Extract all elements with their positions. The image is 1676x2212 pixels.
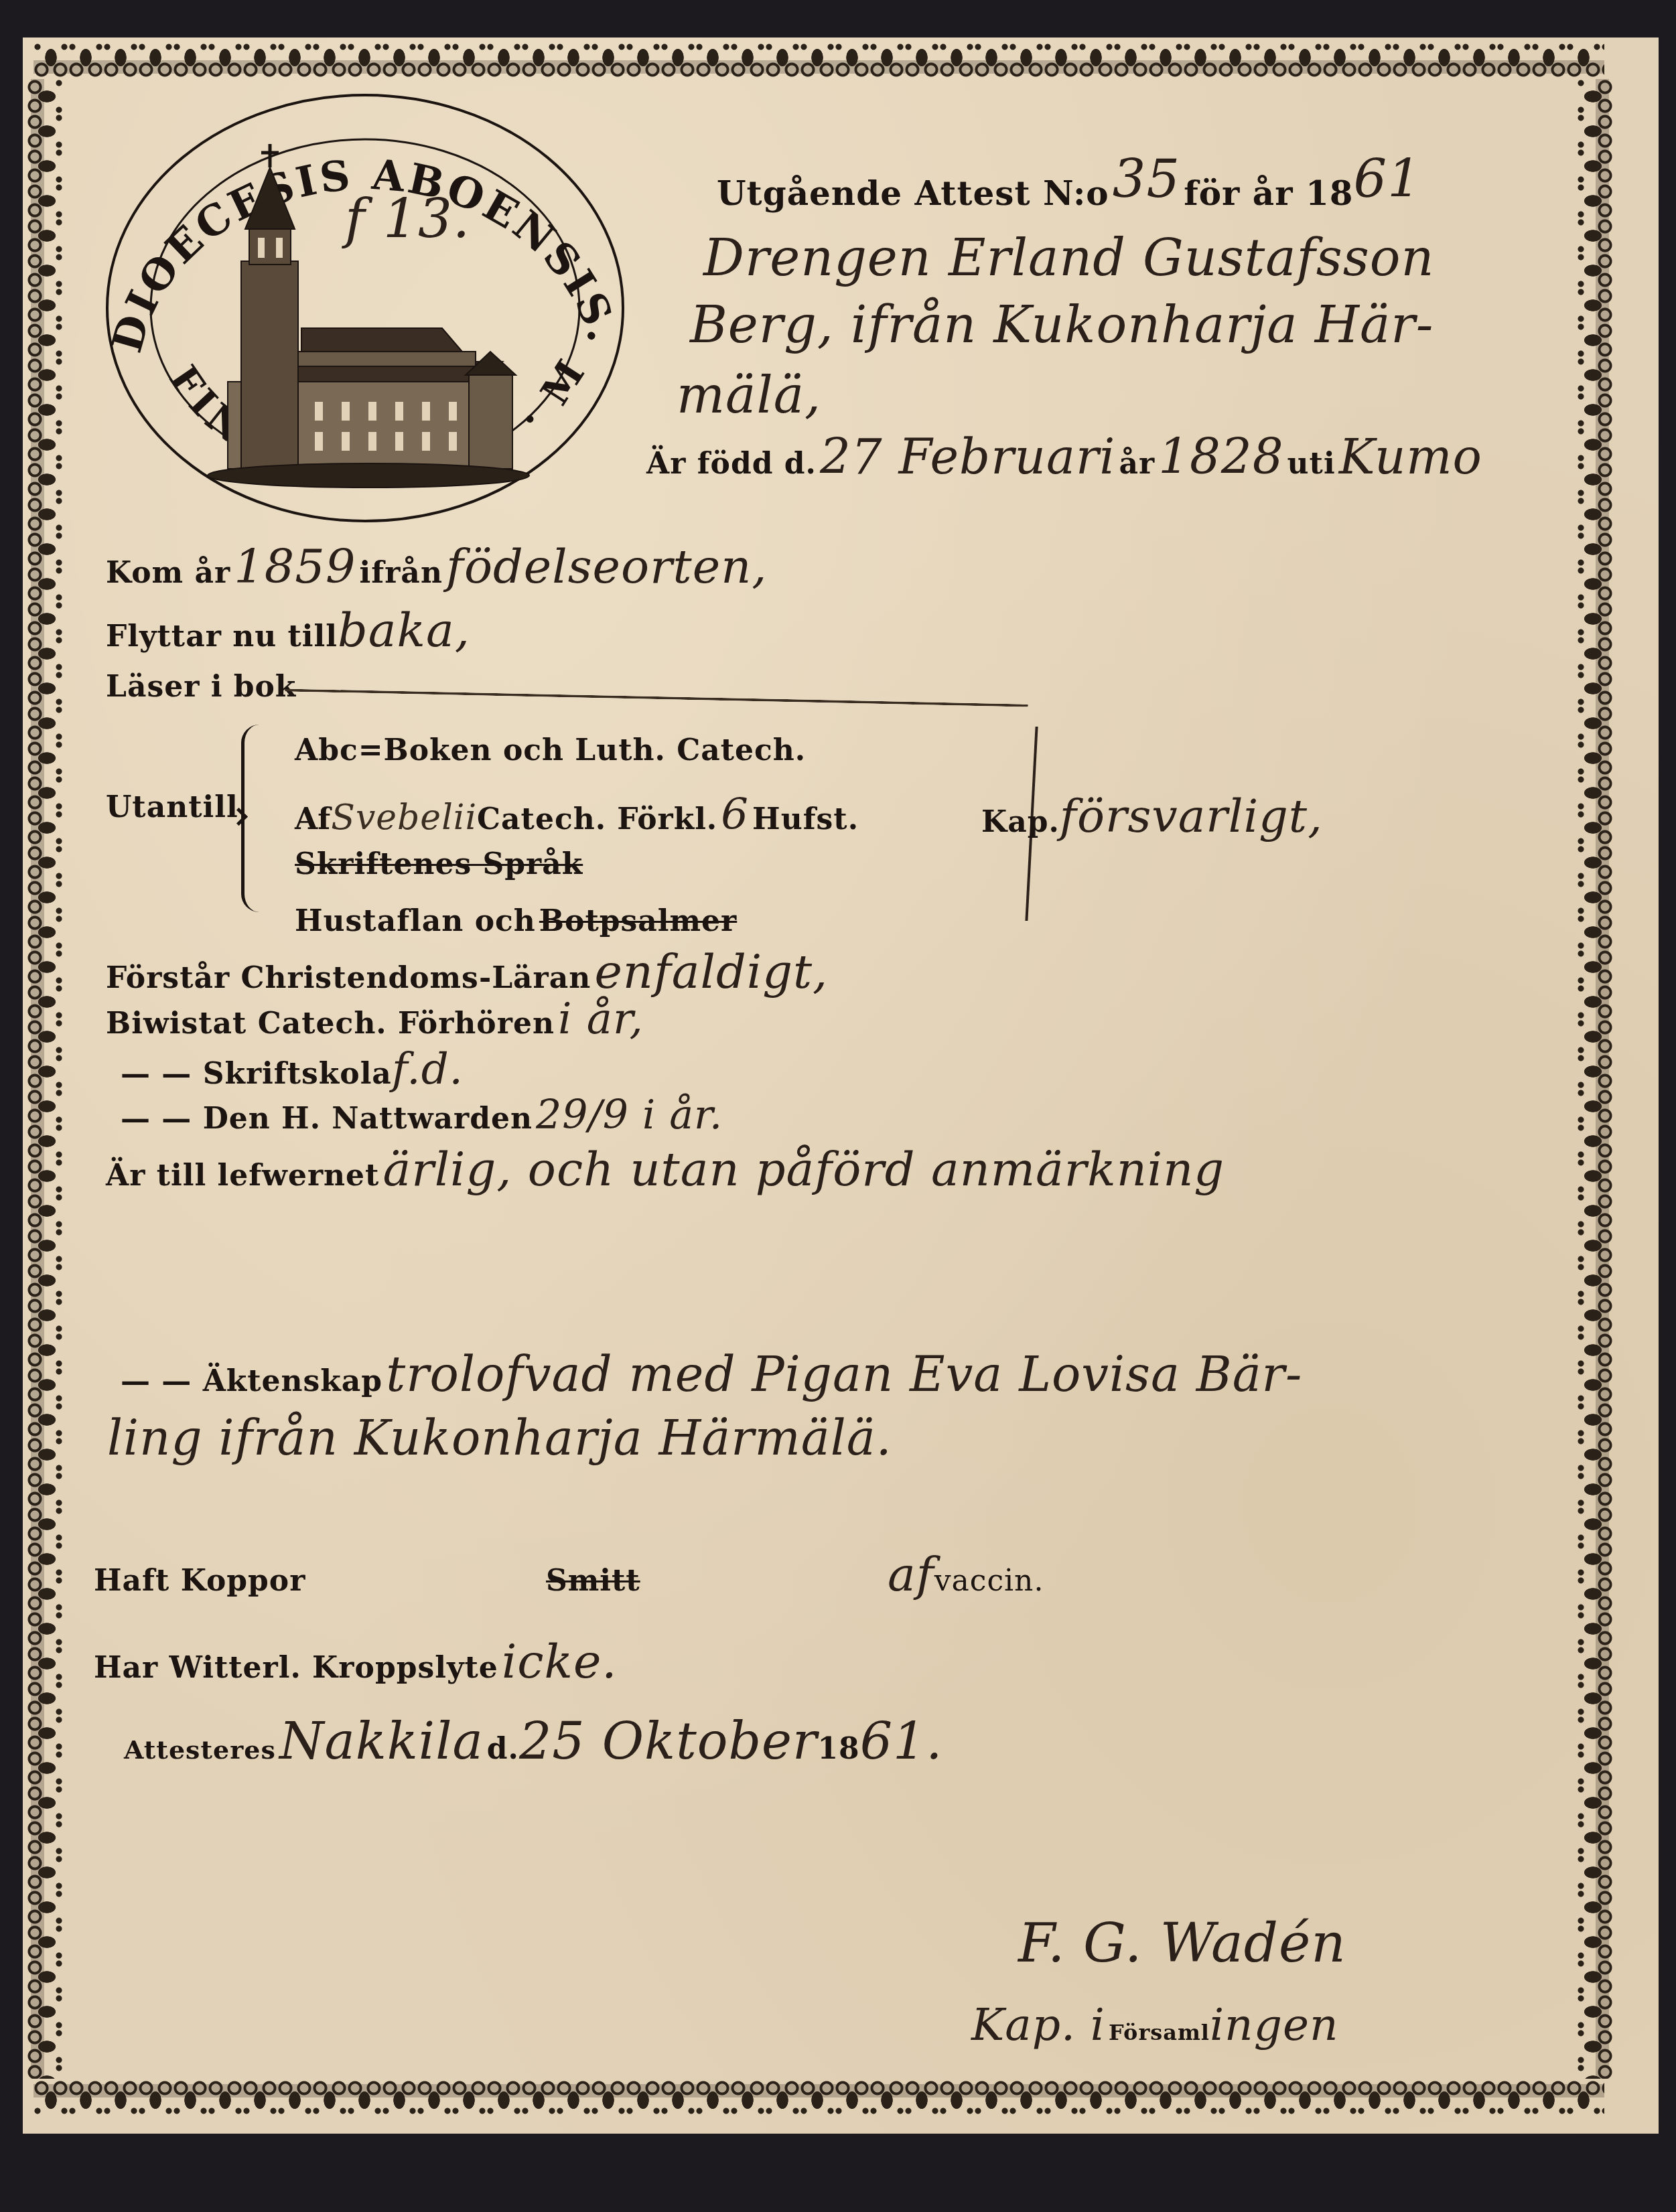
- smallpox-option-vaccine: vaccin.: [934, 1564, 1044, 1598]
- kap-assessment: Kap.försvarligt,: [981, 790, 1323, 843]
- confirmation-school-line: — — Skriftskolaf.d.: [121, 1045, 464, 1094]
- attendance-value: i år,: [558, 994, 644, 1044]
- birth-place: Kumo: [1339, 429, 1482, 485]
- catechism-count: 6: [721, 790, 749, 840]
- catechism-prefix: Af: [295, 802, 331, 836]
- signature-title-print: Församl: [1109, 2020, 1210, 2045]
- conduct-value: ärlig, och utan påförd anmärkning: [383, 1142, 1225, 1197]
- person-name-line-2: Berg, ifrån Kukonharja Här-: [690, 295, 1434, 354]
- understanding-line: Förstår Christendoms-Läran enfaldigt,: [106, 944, 828, 999]
- certificate-year: 61: [1354, 149, 1421, 210]
- arrival-line: Kom år 1859 ifrån födelseorten,: [106, 539, 768, 594]
- signature-title-prefix: Kap. i: [971, 1999, 1105, 2051]
- seal-handwritten-mark: f 13.: [345, 188, 470, 250]
- catechism-author: Svebelii: [331, 798, 477, 838]
- communion-line: — — Den H. Nattwarden 29/9 i år.: [121, 1092, 723, 1138]
- arrival-year: 1859: [234, 539, 356, 594]
- marriage-label: — — Äktenskap: [121, 1364, 382, 1398]
- communion-label: — — Den H. Nattwarden: [121, 1102, 533, 1136]
- attestation-date: 25 Oktober: [519, 1711, 817, 1771]
- ornamental-border-bottom: [33, 2079, 1604, 2118]
- certificate-number: 35: [1113, 149, 1180, 210]
- signature-title: Kap. i Församlingen: [971, 1999, 1338, 2051]
- catechism-suffix: Catech. Förkl.: [477, 802, 717, 836]
- year-label: för år 18: [1184, 173, 1353, 213]
- conduct-label: Är till lefwernet: [106, 1159, 379, 1193]
- moving-destination: baka,: [338, 603, 470, 658]
- attendance-line: Biwistat Catech. Förhören i år,: [106, 994, 644, 1044]
- title-label: Utgående Attest N:o: [717, 173, 1109, 213]
- reading-label: Läser i bok: [106, 670, 296, 704]
- confirmation-school-value: f.d.: [392, 1045, 464, 1094]
- birth-year-label: år: [1119, 447, 1155, 481]
- diocese-seal: DIOECESIS ABOENSIS. FINL. · PRINC. · MAG…: [100, 87, 630, 529]
- signature-name: F. G. Wadén: [1018, 1912, 1346, 1974]
- attestation-year: 61.: [860, 1711, 943, 1771]
- memorized-label: Utantill: [106, 790, 238, 824]
- svg-text:DIOECESIS ABOENSIS.: DIOECESIS ABOENSIS.: [102, 150, 628, 358]
- birth-label: Är född d.: [646, 447, 817, 481]
- moving-label: Flyttar nu till: [106, 619, 338, 654]
- ornamental-border-left: [25, 79, 64, 2079]
- signature-title-suffix: ingen: [1210, 1999, 1338, 2051]
- attestation-year-prefix: 18: [817, 1732, 859, 1766]
- memorized-item-hustaflan: Hustaflan och Botpsalmer: [295, 904, 737, 938]
- birth-line: Är född d. 27 Februari år 1828 uti Kumo: [646, 429, 1482, 485]
- ornamental-border-right: [1576, 79, 1614, 2079]
- brace-icon: [241, 725, 259, 912]
- bodily-defect-value: icke.: [502, 1634, 618, 1689]
- moving-line: Flyttar nu tillbaka,: [106, 603, 470, 658]
- bodily-defect-line: Har Witterl. Kroppslyte icke.: [94, 1634, 618, 1689]
- arrival-from: födelseorten,: [446, 539, 768, 594]
- conduct-line: Är till lefwernet ärlig, och utan påförd…: [106, 1142, 1225, 1197]
- memorized-item-abc: Abc=Boken och Luth. Catech.: [295, 733, 806, 767]
- attendance-label: Biwistat Catech. Förhören: [106, 1007, 555, 1041]
- attestation-label: Attesteres: [124, 1735, 276, 1765]
- botpsalmer-struck: Botpsalmer: [539, 904, 737, 938]
- smallpox-vaccine: afvaccin.: [888, 1547, 1044, 1602]
- kap-label: Kap.: [981, 805, 1060, 839]
- kap-value: försvarligt,: [1060, 790, 1323, 843]
- understanding-value: enfaldigt,: [594, 944, 828, 999]
- smallpox-label: Haft Koppor: [94, 1564, 305, 1598]
- attestation-place: Nakkila: [279, 1711, 484, 1771]
- smallpox-af: af: [888, 1547, 934, 1602]
- confirmation-school-label: — — Skriftskola: [121, 1057, 392, 1091]
- attestation-d: d.: [487, 1732, 519, 1766]
- arrival-year-label: Kom år: [106, 556, 230, 590]
- certificate-title: Utgående Attest N:o 35 för år 1861: [717, 157, 1421, 218]
- birth-place-label: uti: [1287, 447, 1336, 481]
- marriage-value-line-2: ling ifrån Kukonharja Härmälä.: [107, 1410, 892, 1466]
- memorized-item-catechism: AfSvebeliiCatech. Förkl. 6 Hufst.: [295, 790, 859, 840]
- person-name-line-3: mälä,: [677, 365, 821, 425]
- communion-value: 29/9 i år.: [536, 1092, 723, 1138]
- hustaflan-label: Hustaflan och: [295, 904, 536, 938]
- catechism-end: Hufst.: [752, 802, 859, 836]
- ornamental-border-top: [33, 40, 1604, 79]
- marriage-line: — — Äktenskap trolofvad med Pigan Eva Lo…: [121, 1346, 1302, 1402]
- smallpox-option-infection-struck: Smitt: [546, 1564, 640, 1598]
- birth-year: 1828: [1158, 429, 1283, 485]
- attestation-line: Attesteres Nakkila d.25 Oktober1861.: [124, 1711, 943, 1771]
- bodily-defect-label: Har Witterl. Kroppslyte: [94, 1651, 498, 1685]
- birth-date: 27 Februari: [820, 429, 1115, 485]
- person-name-line-1: Drengen Erland Gustafsson: [703, 228, 1434, 287]
- arrival-from-label: ifrån: [360, 556, 443, 590]
- church-seal-icon: DIOECESIS ABOENSIS. FINL. · PRINC. · MAG…: [100, 87, 630, 529]
- memorized-item-scripture-struck: Skriftenes Språk: [295, 847, 583, 881]
- marriage-value-line-1: trolofvad med Pigan Eva Lovisa Bär-: [386, 1346, 1302, 1402]
- understanding-label: Förstår Christendoms-Läran: [106, 961, 591, 995]
